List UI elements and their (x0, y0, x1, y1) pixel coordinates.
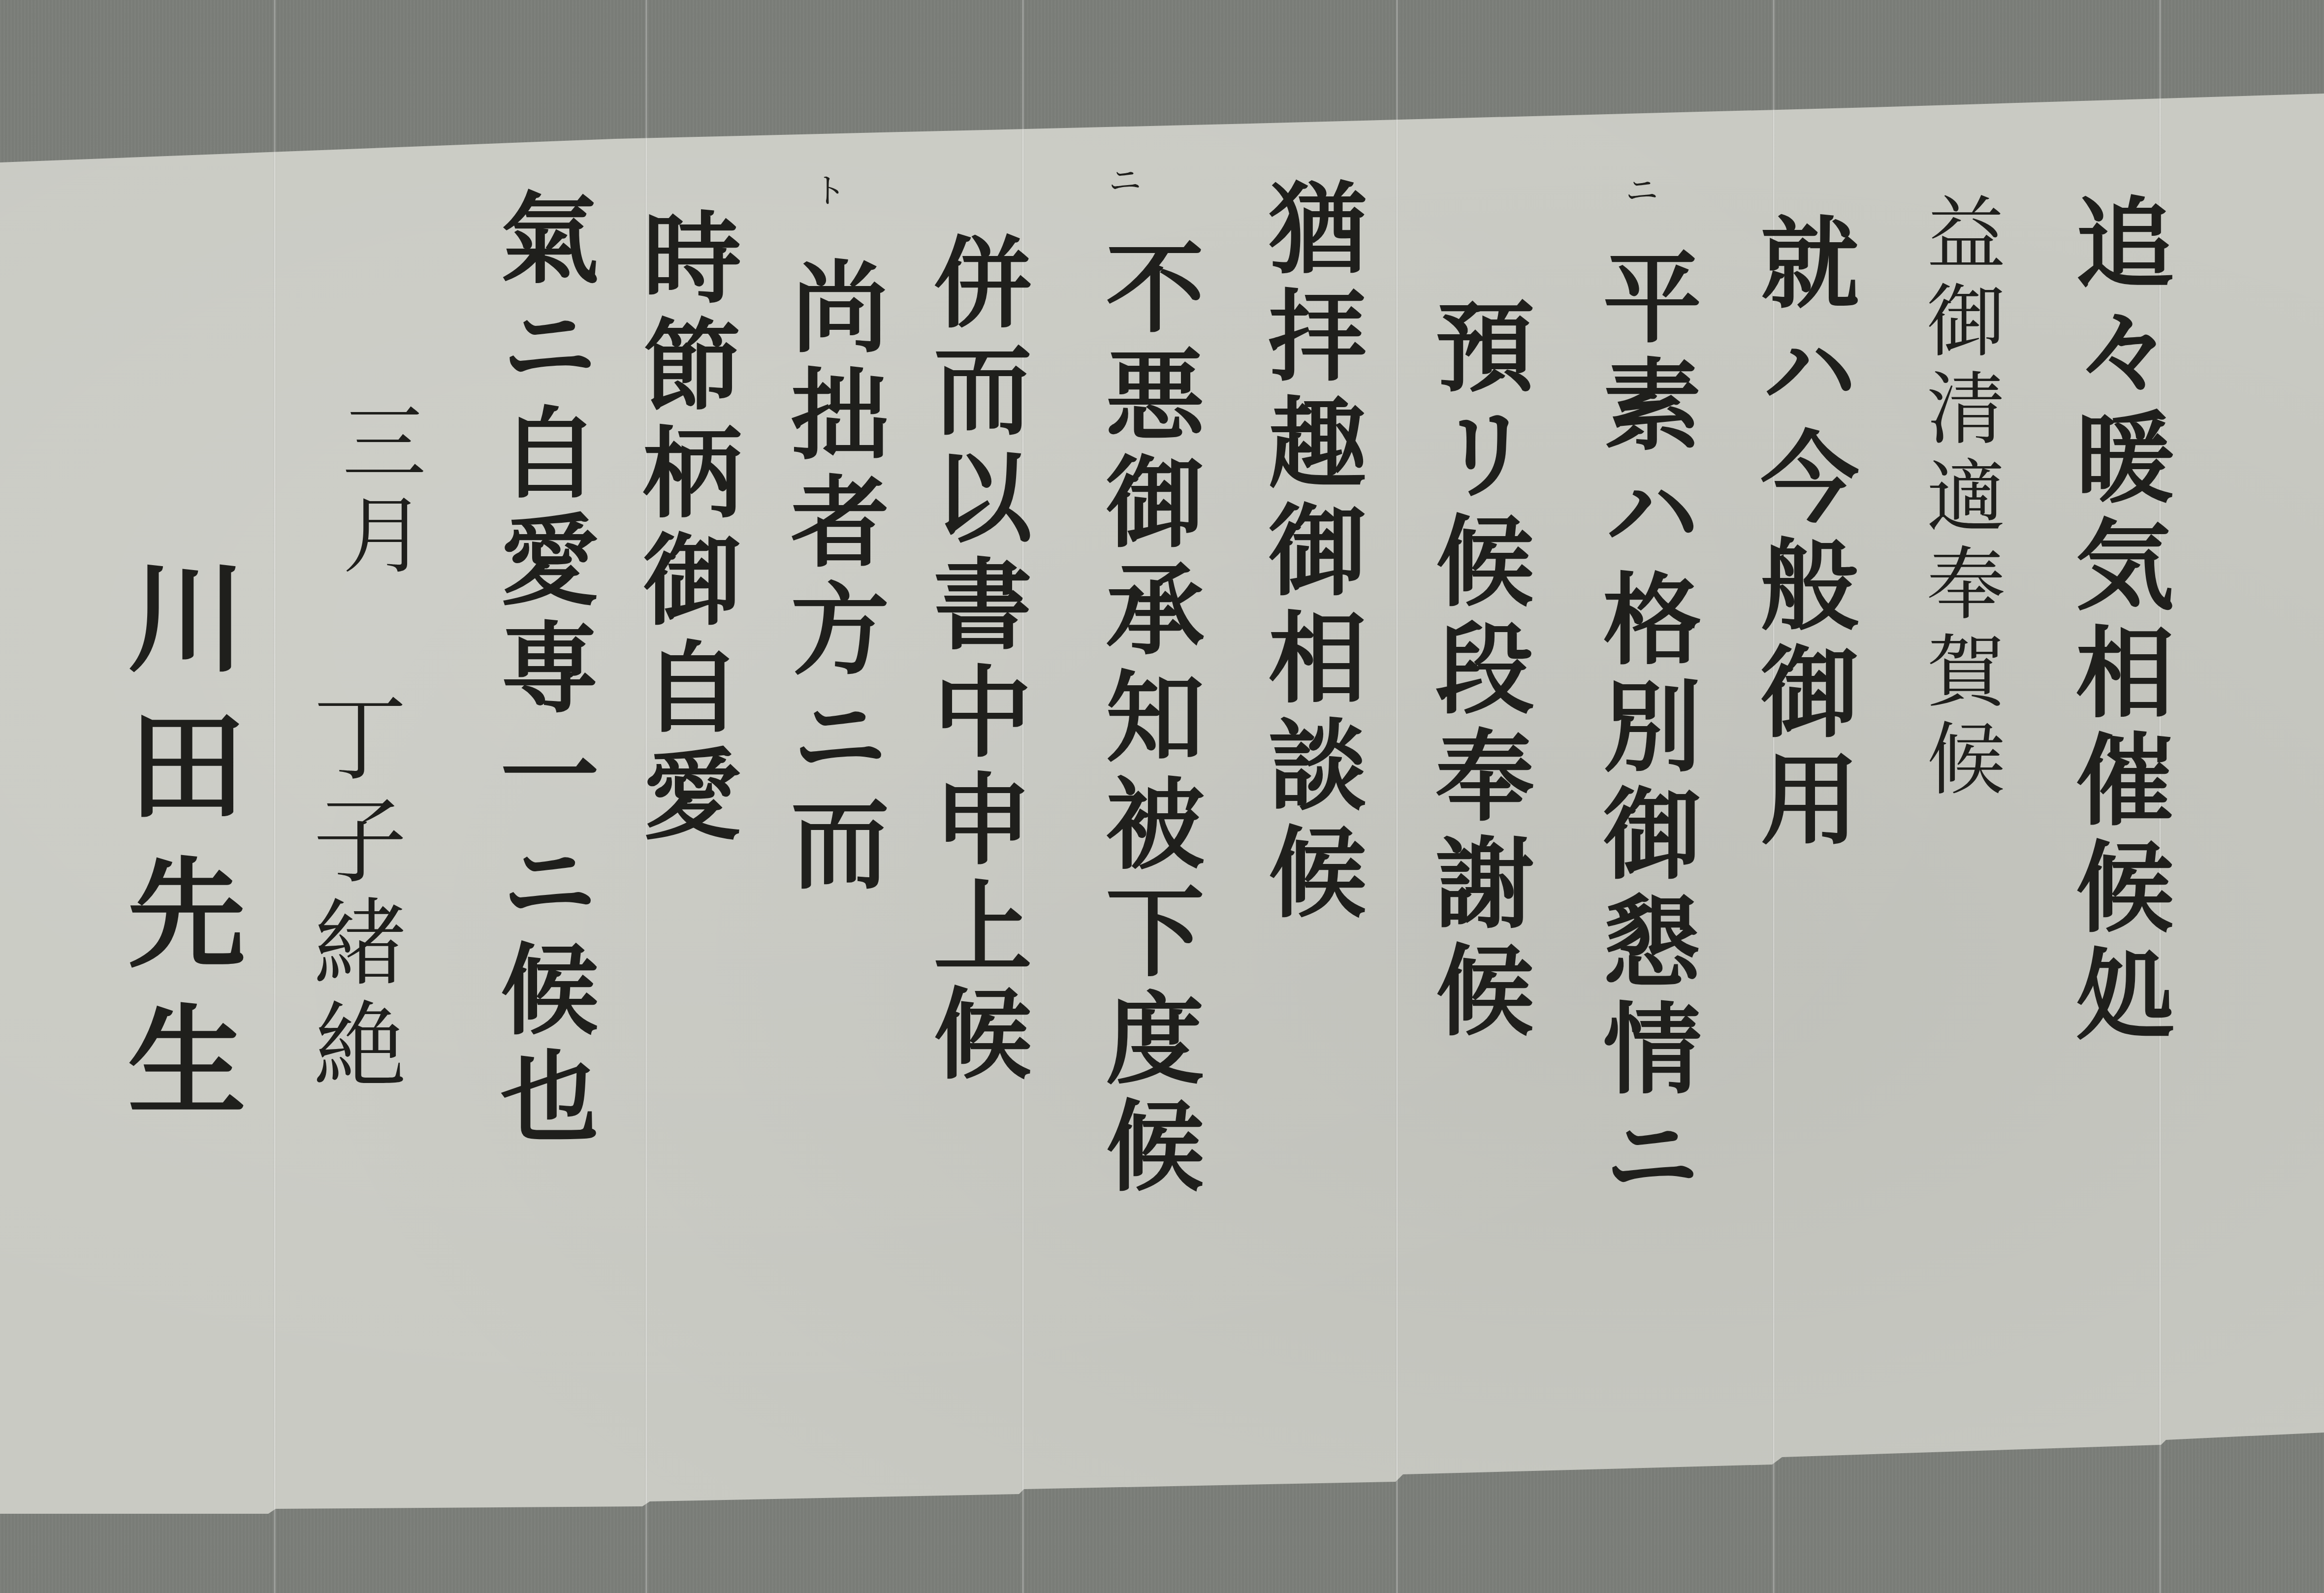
letter-column-9: 尚拙者方ニ而 (783, 256, 881, 900)
addressee: 川田先生 (118, 556, 236, 1147)
small-kana-mark: ニ (1615, 172, 1664, 207)
small-kana-mark: ト (802, 172, 852, 207)
sender-signature: 丁子緒絶 (305, 689, 399, 1099)
letter-column-11: 氣ニ自愛専一ニ候也 (492, 187, 591, 1153)
letter-column-7: 不悪御承知被下度候 (1098, 236, 1196, 1202)
letter-column-10: 時節柄御自愛 (635, 207, 733, 851)
small-kana-mark: ニ (1098, 162, 1147, 197)
fold-line (1396, 0, 1399, 1593)
letter-date: 三月 (335, 399, 418, 584)
letter-column-5: 預リ候段奉謝候 (1428, 295, 1526, 1047)
letter-column-8: 併而以書中申上候 (925, 231, 1024, 1090)
letter-column-2: 益御清適奉賀候 (1920, 192, 1999, 805)
letter-column-6: 猶拝趣御相談候 (1260, 177, 1359, 928)
fold-line (273, 0, 276, 1593)
letter-column-4: 平素ハ格別御懇情ニ (1595, 246, 1693, 1212)
letter-column-1: 追々暖気相催候処 (2068, 192, 2166, 1051)
letter-column-3: 就ハ今般御用 (1752, 212, 1851, 856)
